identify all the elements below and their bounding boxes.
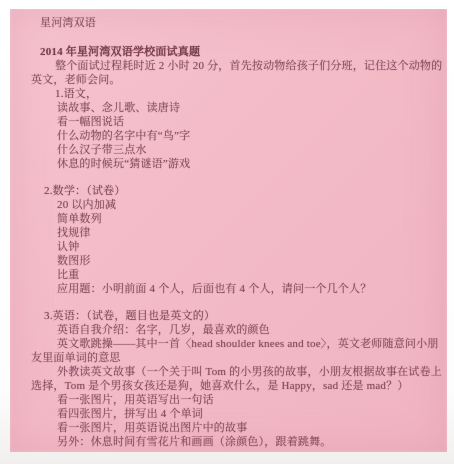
doc-line: 另外：休息时间有雪花片和画画（涂颜色），跟着跳舞。 [31, 435, 443, 449]
doc-line: 外教读英文故事（一个关于叫 Tom 的小男孩的故事，小朋友根据故事在试卷上选择，… [31, 365, 443, 393]
section-chinese: 1.语文， 读故事、念儿歌、读唐诗 看一幅图说话 什么动物的名字中有“鸟”字 什… [31, 87, 443, 171]
section-english: 3.英语：（试卷，题目也是英文的） 英语自我介绍：名字，几岁，最喜欢的颜色 英文… [31, 309, 443, 449]
pink-paper: 星河湾双语 2014 年星河湾双语学校面试真题 整个面试过程耗时近 2 小时 2… [10, 9, 447, 452]
doc-line: 看四张图片，拼写出 4 个单词 [31, 407, 443, 421]
doc-line: 英语自我介绍：名字，几岁，最喜欢的颜色 [31, 323, 443, 337]
doc-line: 比重 [31, 268, 443, 282]
section-heading: 3.英语：（试卷，题目也是英文的） [44, 309, 443, 323]
doc-line: 什么动物的名字中有“鸟”字 [31, 129, 443, 143]
doc-line: 读故事、念儿歌、读唐诗 [31, 101, 443, 115]
doc-line: 20 以内加减 [31, 198, 443, 212]
doc-line: 看一张图片，用英语写出一句话 [31, 393, 443, 407]
doc-line: 认钟 [31, 240, 443, 254]
document-content: 星河湾双语 2014 年星河湾双语学校面试真题 整个面试过程耗时近 2 小时 2… [31, 13, 443, 449]
section-heading: 2.数学：（试卷） [44, 184, 443, 198]
doc-line: 看一幅图说话 [31, 115, 443, 129]
doc-line: 数图形 [31, 254, 443, 268]
section-heading: 1.语文， [55, 87, 443, 101]
document-photo: 星河湾双语 2014 年星河湾双语学校面试真题 整个面试过程耗时近 2 小时 2… [0, 0, 454, 464]
doc-title: 2014 年星河湾双语学校面试真题 [40, 45, 443, 59]
doc-intro: 整个面试过程耗时近 2 小时 20 分，首先按动物给孩子们分班，记住这个动物的英… [31, 59, 443, 87]
doc-line: 找规律 [31, 226, 443, 240]
doc-line: 应用题：小明前面 4 个人，后面也有 4 个人，请问一个几个人？ [31, 282, 443, 296]
doc-line: 英文歌跳操——其中一首〈head shoulder knees and toe〉… [31, 337, 443, 365]
doc-line: 休息的时候玩“猜谜语”游戏 [31, 157, 443, 171]
doc-line: 简单数列 [31, 212, 443, 226]
doc-line: 什么汉子带三点水 [31, 143, 443, 157]
doc-line: 看一张图片，用英语说出图片中的故事 [31, 421, 443, 435]
section-math: 2.数学：（试卷） 20 以内加减 简单数列 找规律 认钟 数图形 比重 应用题… [31, 184, 443, 296]
doc-header: 星河湾双语 [40, 16, 443, 30]
